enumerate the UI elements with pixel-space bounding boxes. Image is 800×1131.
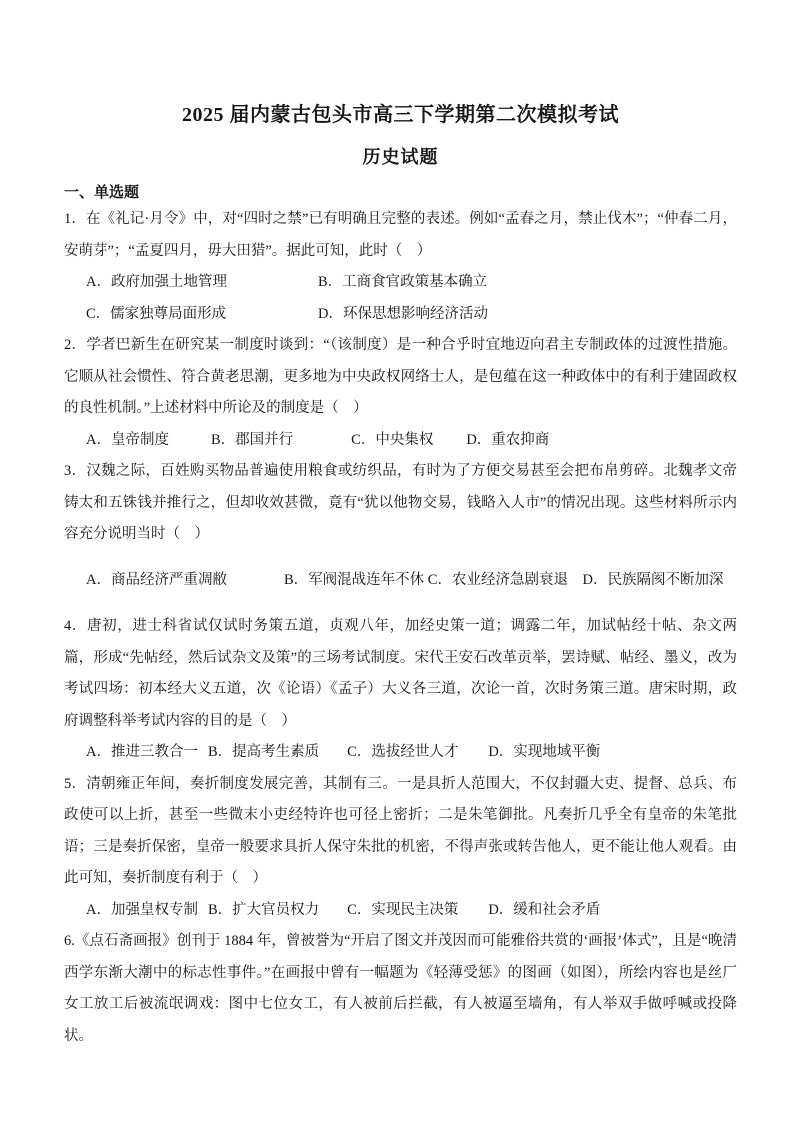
question-4-option-d: D．实现地域平衡 <box>488 737 600 769</box>
question-2-option-c: C．中央集权 <box>351 425 433 457</box>
exam-subtitle: 历史试题 <box>64 144 737 170</box>
question-4-stem: 4．唐初，进士科省试仅试时务策五道，贞观八年，加经史策一道；调露二年，加试帖经十… <box>64 611 737 737</box>
question-4-option-b: B．提高考生素质 <box>208 737 319 769</box>
question-1-options: A．政府加强土地管理 B．工商食官政策基本确立 C．儒家独尊局面形成 D．环保思… <box>64 267 737 330</box>
question-3-option-b: B．军阀混战连年不休 <box>284 572 424 588</box>
question-2-option-d: D．重农抑商 <box>466 425 549 457</box>
exam-title: 2025 届内蒙古包头市高三下学期第二次模拟考试 <box>64 100 737 130</box>
question-6-stem: 6.《点石斋画报》创刊于 1884 年，曾被誉为“开启了图文并茂因而可能雅俗共赏… <box>64 926 737 1052</box>
question-4-option-c: C．选拔经世人才 <box>347 737 458 769</box>
question-3-option-d: D．民族隔阂不断加深 <box>582 572 723 588</box>
question-3-option-c: C．农业经济急剧衰退 <box>428 572 568 588</box>
question-5: 5．清朝雍正年间，奏折制度发展完善，其制有三。一是具折人范围大，不仅封疆大吏、提… <box>64 769 737 927</box>
question-1-stem: 1．在《礼记·月令》中，对“四时之禁”已有明确且完整的表述。例如“孟春之月，禁止… <box>64 204 737 267</box>
question-2-options: A．皇帝制度 B．郡国并行 C．中央集权 D．重农抑商 <box>64 425 737 457</box>
question-4-options: A．推进三教合一 B．提高考生素质 C．选拔经世人才 D．实现地域平衡 <box>64 737 737 769</box>
question-2-option-a: A．皇帝制度 <box>86 425 169 457</box>
exam-page: 2025 届内蒙古包头市高三下学期第二次模拟考试 历史试题 一、单选题 1．在《… <box>0 0 800 1131</box>
question-5-stem: 5．清朝雍正年间，奏折制度发展完善，其制有三。一是具折人范围大，不仅封疆大吏、提… <box>64 769 737 895</box>
section-heading: 一、单选题 <box>64 182 737 204</box>
question-1-option-b: B．工商食官政策基本确立 <box>318 267 737 299</box>
question-2-option-b: B．郡国并行 <box>211 425 293 457</box>
question-5-option-a: A．加强皇权专制 <box>86 895 198 927</box>
question-4-option-a: A．推进三教合一 <box>86 737 198 769</box>
question-5-option-b: B．扩大官员权力 <box>208 895 319 927</box>
question-5-option-c: C．实现民主决策 <box>347 895 458 927</box>
question-1-option-d: D．环保思想影响经济活动 <box>318 299 737 331</box>
question-1-option-c: C．儒家独尊局面形成 <box>86 299 318 331</box>
question-1-option-a: A．政府加强土地管理 <box>86 267 318 299</box>
question-2: 2．学者巴新生在研究某一制度时谈到：“（该制度）是一种合乎时宜地迈向君主专制政体… <box>64 330 737 456</box>
question-5-options: A．加强皇权专制 B．扩大官员权力 C．实现民主决策 D．缓和社会矛盾 <box>64 895 737 927</box>
question-1: 1．在《礼记·月令》中，对“四时之禁”已有明确且完整的表述。例如“孟春之月，禁止… <box>64 204 737 330</box>
question-6: 6.《点石斋画报》创刊于 1884 年，曾被誉为“开启了图文并茂因而可能雅俗共赏… <box>64 926 737 1052</box>
question-3-stem: 3．汉魏之际，百姓购买物品普遍使用粮食或纺织品，有时为了方便交易甚至会把布帛剪碎… <box>64 456 737 551</box>
question-2-stem: 2．学者巴新生在研究某一制度时谈到：“（该制度）是一种合乎时宜地迈向君主专制政体… <box>64 330 737 425</box>
question-3-option-a: A．商品经济严重凋敝 <box>86 565 284 597</box>
question-3-options: A．商品经济严重凋敝B．军阀混战连年不休 C．农业经济急剧衰退 D．民族隔阂不断… <box>64 565 737 597</box>
question-5-option-d: D．缓和社会矛盾 <box>488 895 600 927</box>
question-3: 3．汉魏之际，百姓购买物品普遍使用粮食或纺织品，有时为了方便交易甚至会把布帛剪碎… <box>64 456 737 597</box>
question-4: 4．唐初，进士科省试仅试时务策五道，贞观八年，加经史策一道；调露二年，加试帖经十… <box>64 611 737 769</box>
